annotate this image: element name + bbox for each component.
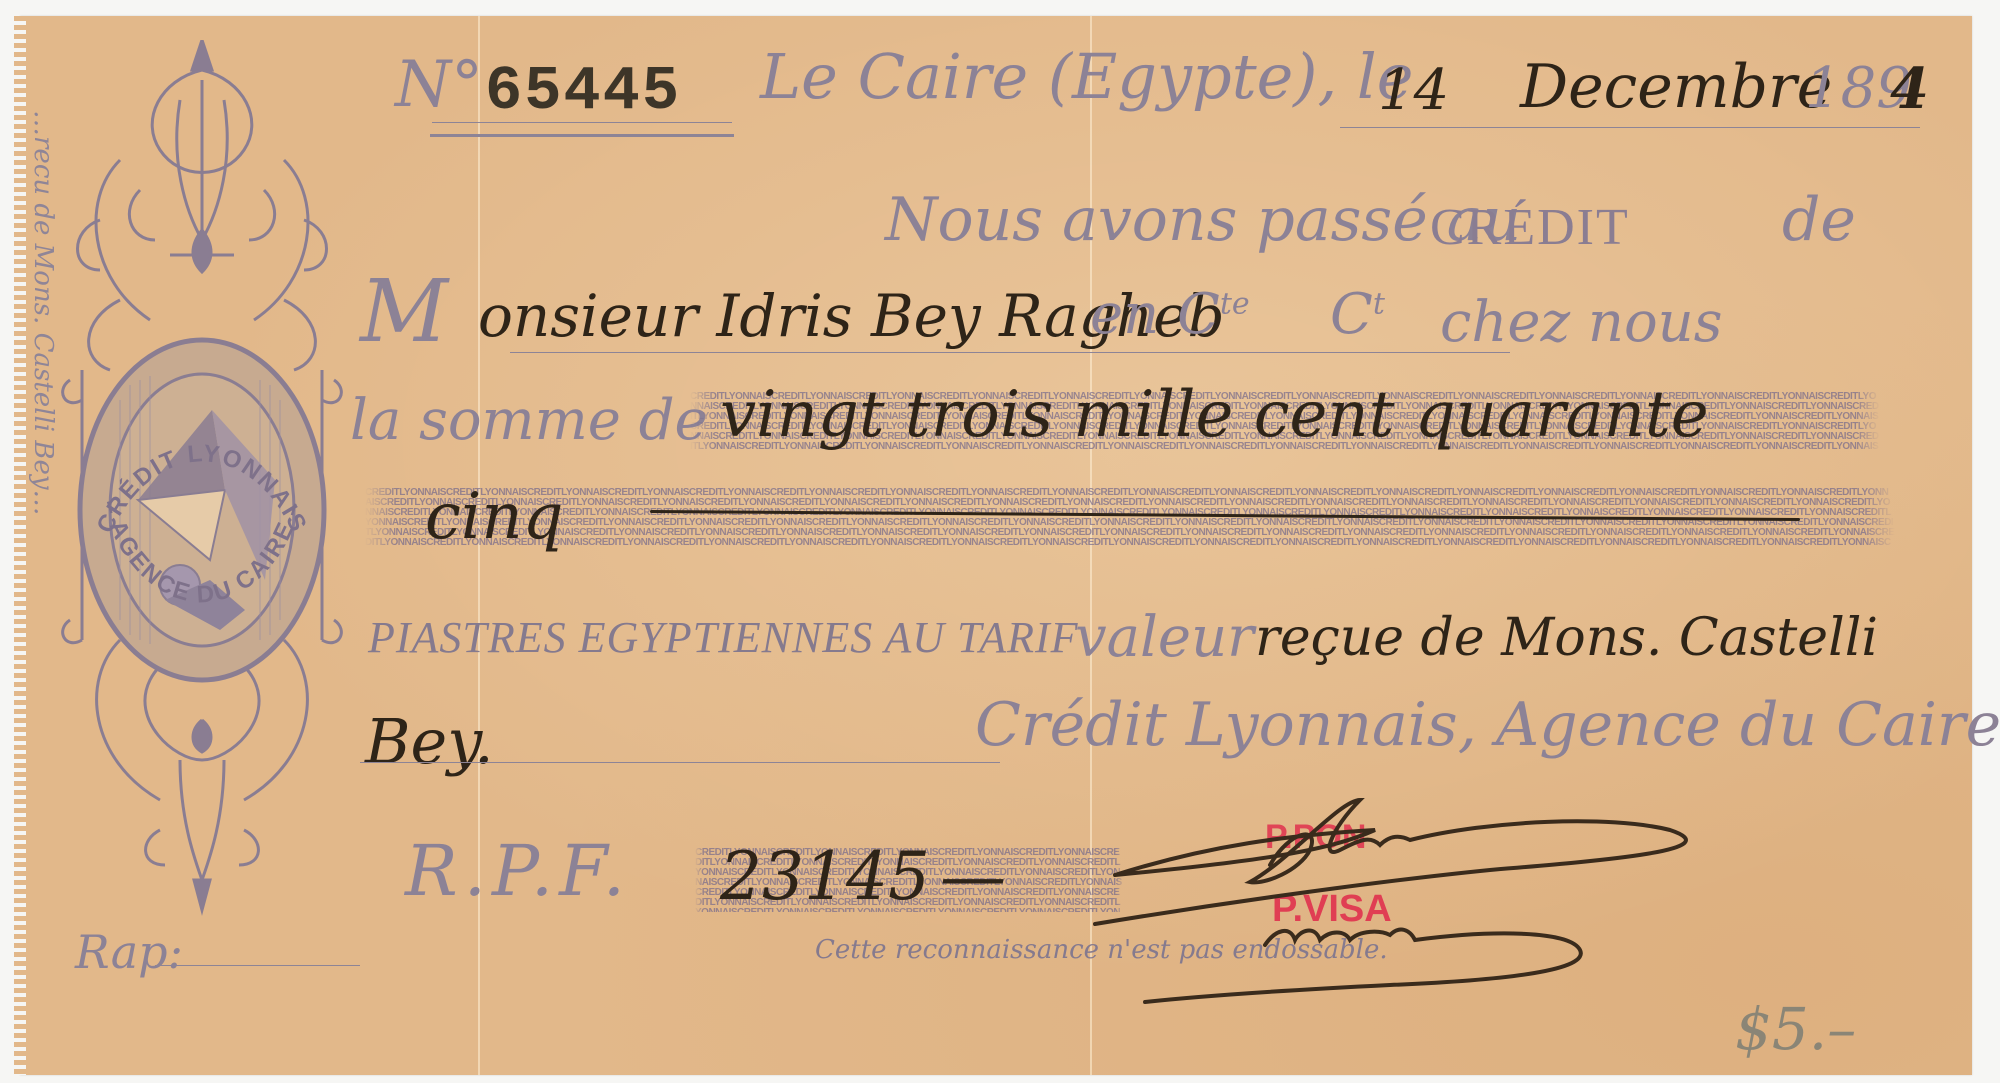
amount-dash: — bbox=[940, 838, 1006, 915]
rap-label: Rap: bbox=[75, 925, 183, 979]
number-underline bbox=[432, 122, 732, 123]
rap-line bbox=[155, 965, 360, 966]
date-day: 14 bbox=[1378, 58, 1449, 123]
number-double-underline bbox=[430, 134, 734, 137]
bey-underline bbox=[360, 762, 1000, 763]
la-somme-de: la somme de bbox=[350, 388, 708, 453]
line1-script: Nous avons passé au bbox=[885, 185, 1521, 255]
monsieur-initial: M bbox=[360, 262, 448, 362]
line2-sup-te: te bbox=[1220, 286, 1250, 321]
line2-ct: Ct bbox=[1330, 282, 1385, 347]
date-month: Decembre bbox=[1520, 52, 1832, 122]
credit-caps: CRÉDIT bbox=[1430, 198, 1630, 257]
date-underline bbox=[1340, 127, 1920, 128]
signature bbox=[1090, 790, 1940, 1010]
receipt-number: 65445 bbox=[485, 56, 681, 127]
line2-c: C bbox=[1330, 282, 1373, 347]
line1-de: de bbox=[1782, 185, 1856, 255]
bank-agency-script: Crédit Lyonnais, Agence du Caire. bbox=[975, 690, 2000, 760]
line2-en: en Cte bbox=[1090, 282, 1250, 347]
amount-words-line2: cinq bbox=[425, 480, 564, 554]
line2-en-c: en C bbox=[1090, 282, 1220, 347]
pencil-note: $5.– bbox=[1735, 995, 1856, 1063]
line2-sup-t: t bbox=[1373, 286, 1385, 321]
payee-underline bbox=[510, 352, 1510, 353]
bey: Bey. bbox=[365, 705, 494, 778]
number-label: N° bbox=[395, 48, 483, 122]
margin-stub-text: …recu de Mons. Castelli Bey… bbox=[28, 110, 58, 890]
valeur: valeur bbox=[1075, 605, 1254, 670]
rpf-label: R.P.F. bbox=[405, 830, 631, 912]
credit-lyonnais-ornament: CRÉDIT LYONNAIS – AGENCE DU CAIRE – bbox=[60, 40, 360, 920]
not-endorsable-notice: Cette reconnaissance n'est pas endossabl… bbox=[815, 935, 1388, 965]
amount-value: 23145 bbox=[720, 838, 930, 915]
piastres-caps: PIASTRES EGYPTIENNES AU TARIF bbox=[368, 612, 1079, 663]
chez-nous: chez nous bbox=[1440, 290, 1722, 355]
place-printed: Le Caire (Egypte), le bbox=[760, 40, 1413, 113]
received-from: reçue de Mons. Castelli bbox=[1255, 608, 1878, 668]
amount-words-line1: vingt trois mille cent quarante bbox=[720, 378, 1709, 452]
date-year-hand: 4 bbox=[1890, 56, 1929, 122]
perforated-edge bbox=[14, 16, 26, 1075]
